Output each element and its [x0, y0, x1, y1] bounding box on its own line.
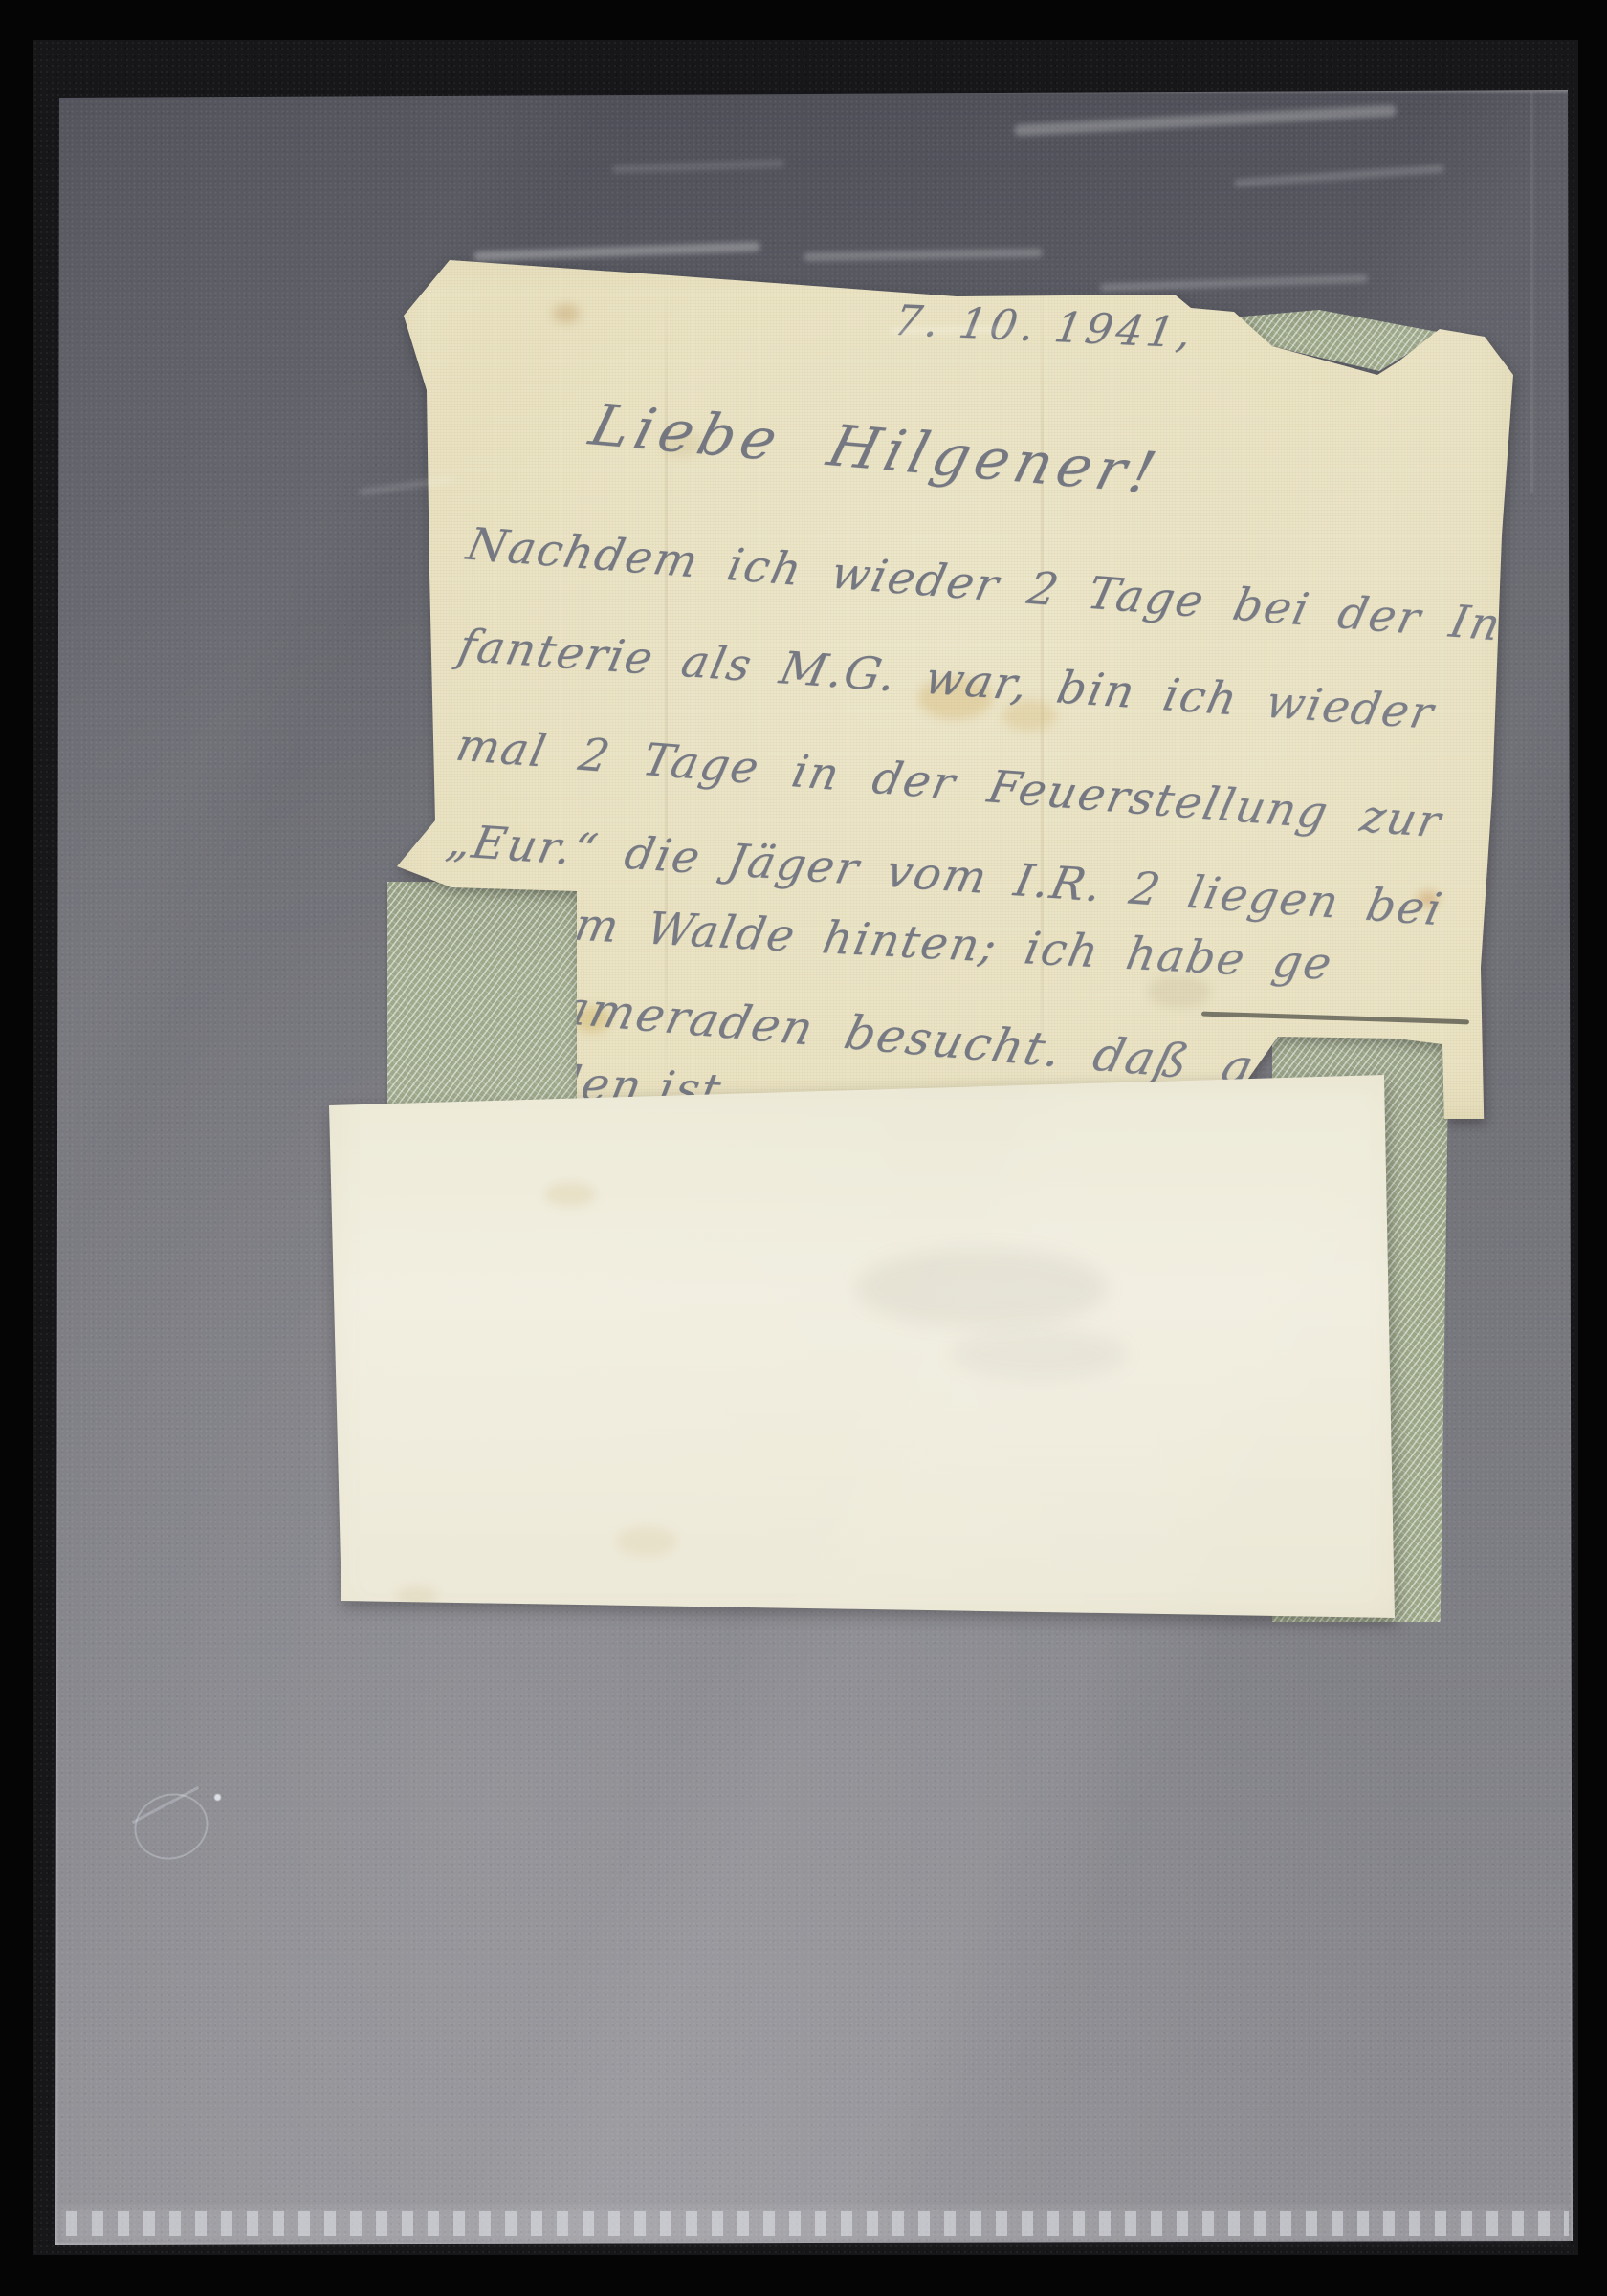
blank-paper: [329, 1069, 1400, 1624]
sleeve-weld-seam: [59, 2211, 1569, 2236]
photo-frame: 7. 10. 1941, Liebe Hilgener! Nachdem ich…: [0, 0, 1607, 2296]
letter-stain: [553, 304, 580, 323]
letter-line: fanterie als M.G. war, bin ich wieder: [453, 620, 1439, 740]
ink-showthrough: [951, 1329, 1127, 1379]
ink-showthrough: [855, 1249, 1108, 1327]
paper-stain: [544, 1182, 596, 1207]
letter-salutation: Liebe Hilgener!: [583, 392, 1168, 508]
sleeve-seam-line: [1530, 92, 1533, 493]
envelope-fragment-left: [387, 882, 585, 1104]
paper-stain: [616, 1526, 677, 1557]
sleeve-speck: [214, 1794, 221, 1801]
